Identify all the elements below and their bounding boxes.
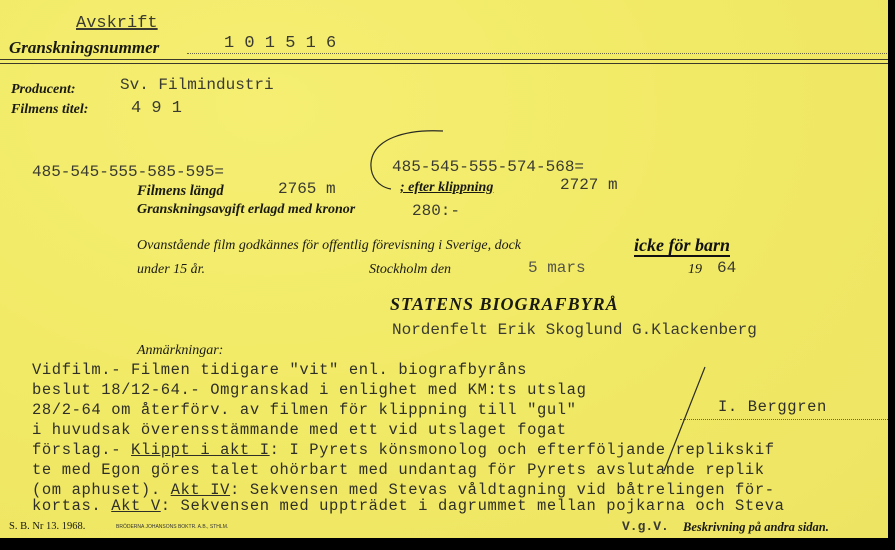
length-label: Filmens längd [137,183,224,200]
fee-label: Granskningsavgift erlagd med kronor [137,202,355,218]
form-number: S. B. Nr 13. 1968. [9,521,85,532]
extra-signatory: I. Berggren [718,398,827,416]
film-review-card: Avskrift Granskningsnummer 1 0 1 5 1 6 P… [0,0,888,538]
after-cut-label-text: ; efter klippning [400,180,493,195]
producer-label: Producent: [11,82,76,98]
remarks-line-5: förslag.- Klippt i akt I: I Pyrets könsm… [32,441,775,459]
reel-sum-original: 485-545-555-585-595= [32,163,224,181]
approval-date: 5 mars [528,259,586,277]
printer-credit: BRÖDERNA JOHANSONS BOKTR. A.B., STHLM. [116,524,228,530]
header-rule-top [0,59,888,60]
review-number-label: Granskningsnummer [9,38,159,58]
remarks-line-8-post: : Sekvensen med uppträdet i dagrummet me… [161,497,785,515]
remarks-line-3: 28/2-64 om återförv. av filmen för klipp… [32,401,577,419]
approval-line-2: under 15 år. [137,262,205,278]
after-cut-label: ; efter klippning [400,180,493,196]
remarks-line-8: kortas. Akt V: Sekvensen med uppträdet i… [32,497,785,515]
remarks-line-8-underlined: Akt V [111,497,161,515]
scan-edge-right [888,0,895,550]
vgv-note: V.g.V. [622,519,669,534]
review-number-value: 1 0 1 5 1 6 [224,34,336,53]
approval-line-1: Ovanstående film godkännes för offentlig… [137,238,521,254]
after-cut-value: 2727 m [560,176,618,194]
remarks-label: Anmärkningar: [137,343,223,359]
authority-name: STATENS BIOGRAFBYRÅ [390,294,619,315]
review-number-dotted-line [187,53,887,54]
continued-note: Beskrivning på andra sidan. [683,520,829,535]
remarks-line-4: i huvudsak överensstämmande med ett vid … [32,421,567,439]
fee-value: 280:- [412,202,460,220]
remarks-line-1: Vidfilm.- Filmen tidigare "vit" enl. bio… [32,361,527,379]
copy-label: Avskrift [76,14,158,33]
producer-value: Sv. Filmindustri [120,76,274,94]
remarks-line-5-post: : I Pyrets könsmonolog och efterföljande… [270,441,775,459]
scan-edge-bottom [0,538,895,550]
header-rule-bottom [0,63,888,64]
remarks-line-5-underlined: Klippt i akt I [131,441,270,459]
year-suffix: 64 [717,259,736,277]
remarks-line-6: te med Egon göres talet ohörbart med und… [32,461,765,479]
signatories: Nordenfelt Erik Skoglund G.Klackenberg [392,321,757,339]
year-prefix: 19 [688,262,702,278]
title-value: 4 9 1 [131,99,182,118]
remarks-line-5-pre: förslag.- [32,441,131,459]
reel-sum-cut: 485-545-555-574-568= [392,158,584,176]
extra-signatory-dotted-line [680,419,888,420]
remarks-line-2: beslut 18/12-64.- Omgranskad i enlighet … [32,381,586,399]
title-label: Filmens titel: [11,102,88,118]
length-value: 2765 m [278,180,336,198]
place-label: Stockholm den [369,262,451,278]
restriction-label: icke för barn [634,235,730,257]
remarks-line-8-pre: kortas. [32,497,111,515]
